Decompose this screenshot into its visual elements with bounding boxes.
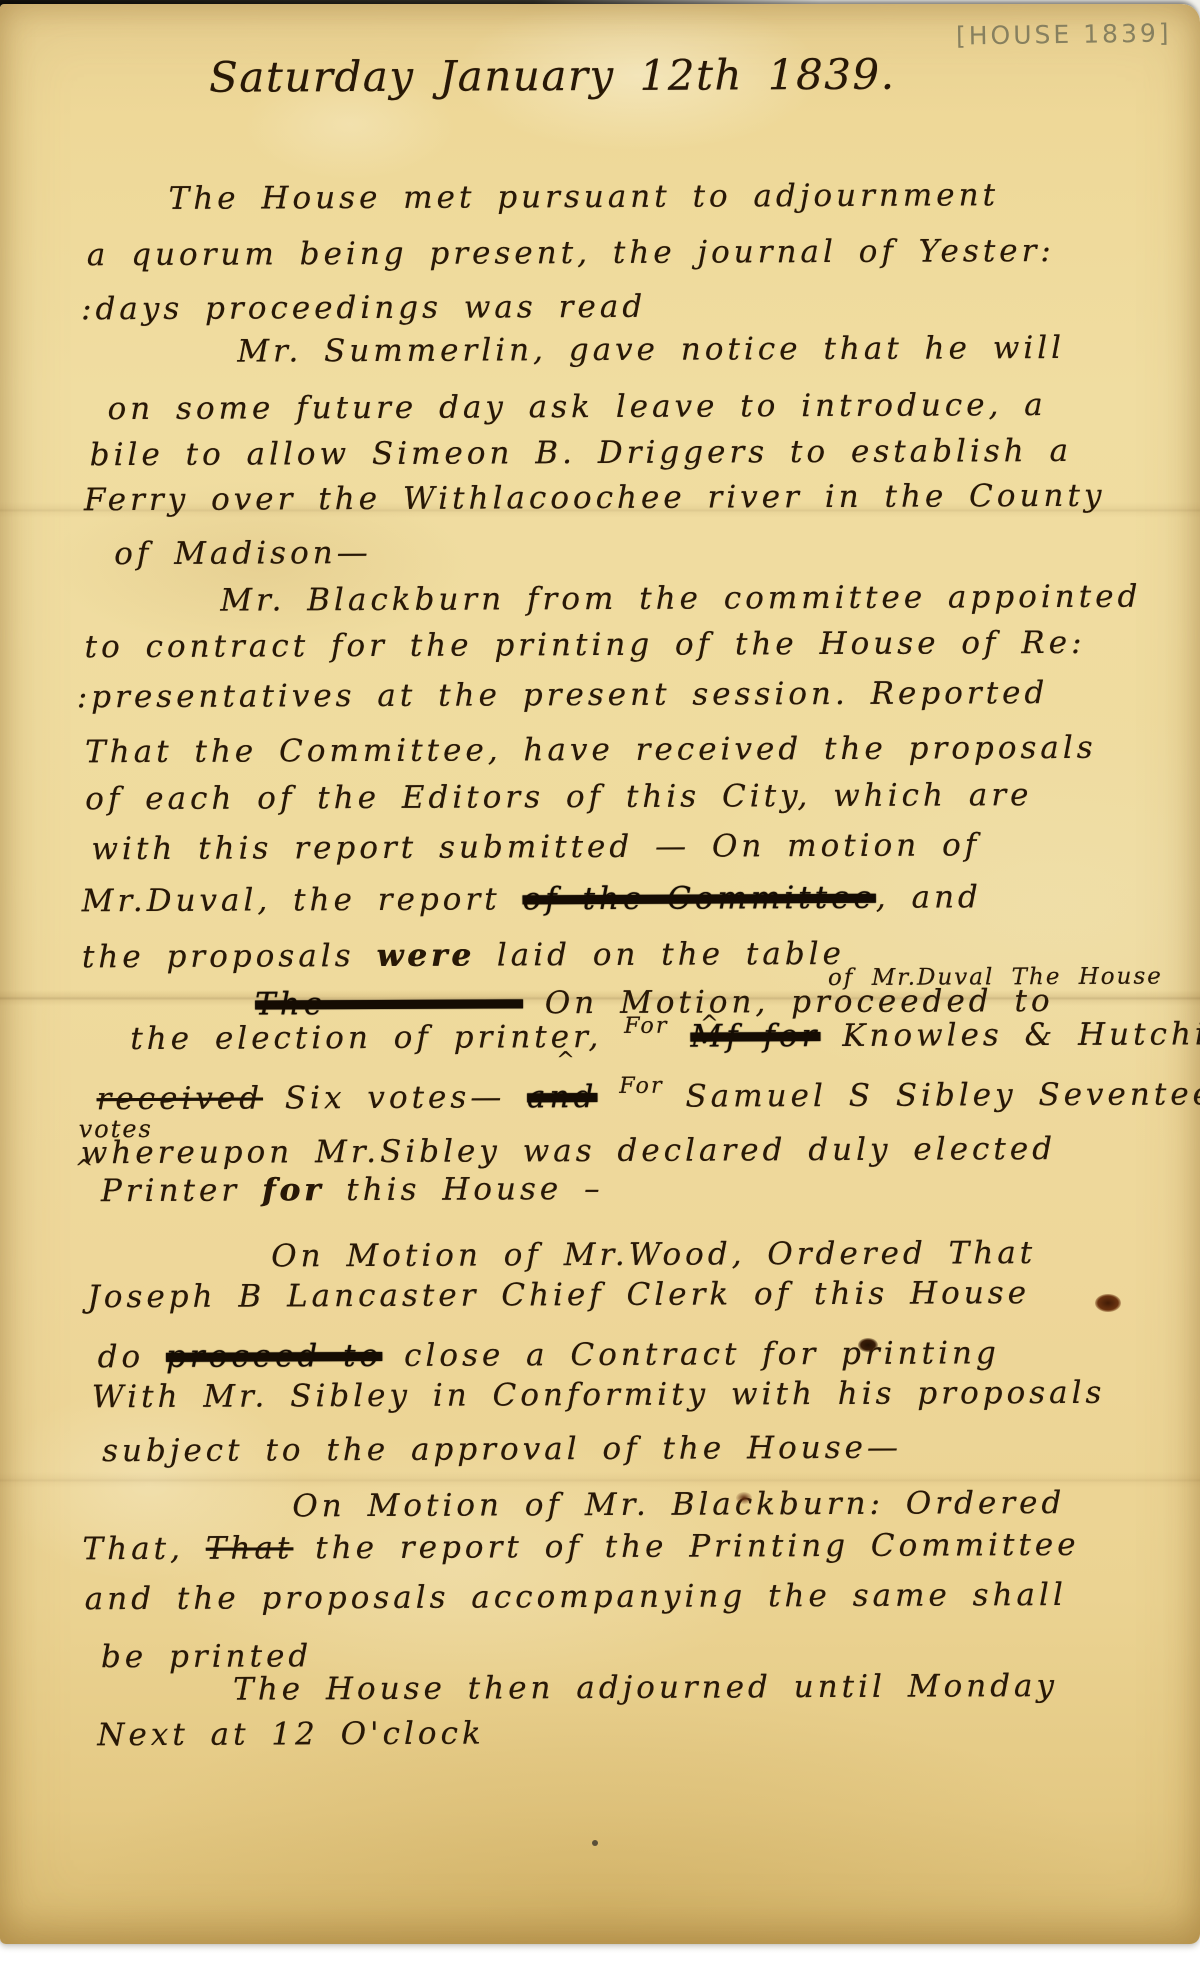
handwritten-text: Mr. Blackburn from the committee appoint… [220, 579, 1141, 619]
handwritten-text: That the Committee, have received the pr… [85, 730, 1097, 770]
handwritten-text: whereupon Mr.Sibley was declared duly el… [81, 1131, 1056, 1171]
handwritten-text: subject to the approval of the House— [102, 1430, 902, 1469]
inserted-text: For [624, 1013, 668, 1039]
manuscript-line: On Motion of Mr.Wood, Ordered That [271, 1236, 1036, 1275]
handwritten-text: the report of the Printing Committee [293, 1527, 1079, 1566]
manuscript-line: of each of the Editors of this City, whi… [85, 778, 1032, 818]
manuscript-line: the election of printer, For Mf for Know… [130, 1017, 1200, 1058]
manuscript-line: :presentatives at the present session. R… [77, 676, 1049, 716]
handwritten-text: Mr.Duval, the report [82, 881, 523, 919]
manuscript-line: Mr.Duval, the report of the Committee, a… [82, 880, 982, 920]
handwritten-text: , and [876, 879, 982, 915]
manuscript-line: Ferry over the Withlacoochee river in th… [84, 479, 1106, 519]
struck-text: That [206, 1530, 294, 1566]
struck-text: The ————— [255, 985, 523, 1022]
handwritten-text: On Motion, proceeded to [545, 983, 1054, 1021]
handwritten-text: be printed [101, 1638, 312, 1675]
ink-blot [858, 1338, 878, 1352]
ink-blot [736, 1492, 752, 1504]
handwritten-text: Knowles & Hutchins [820, 1016, 1200, 1054]
page-title: Saturday January 12th 1839. [209, 51, 896, 102]
struck-text: received [96, 1080, 263, 1117]
handwritten-text: That, [82, 1531, 205, 1568]
handwritten-text: were [376, 938, 475, 974]
manuscript-line: subject to the approval of the House— [102, 1431, 902, 1470]
handwritten-text: laid on the table [475, 936, 845, 974]
handwritten-text: with this report submitted — On motion o… [91, 827, 980, 867]
manuscript-line: On Motion of Mr. Blackburn: Ordered [292, 1486, 1065, 1525]
handwritten-text: On Motion of Mr. Blackburn: Ordered [292, 1485, 1065, 1524]
handwritten-text: Next at 12 O'clock [97, 1716, 485, 1754]
handwritten-text: On Motion of Mr.Wood, Ordered That [271, 1235, 1036, 1274]
manuscript-line: That the Committee, have received the pr… [85, 731, 1097, 771]
handwritten-text: Mr. Summerlin, gave notice that he will [237, 330, 1065, 370]
struck-text: proceed to [166, 1338, 382, 1375]
handwritten-text: Joseph B Lancaster Chief Clerk of this H… [87, 1275, 1030, 1315]
handwritten-text: The House then adjourned until Monday [233, 1668, 1058, 1708]
handwritten-text [668, 1019, 690, 1055]
handwritten-text: :days proceedings was read [81, 289, 646, 327]
manuscript-line: ^ [556, 1048, 579, 1073]
manuscript-line: on some future day ask leave to introduc… [107, 388, 1046, 428]
scanned-document: [HOUSE 1839] Saturday January 12th 1839.… [0, 0, 1200, 1974]
manuscript-line: Next at 12 O'clock [97, 1717, 485, 1754]
handwritten-text: to contract for the printing of the Hous… [84, 625, 1085, 665]
manuscript-line: That, That the report of the Printing Co… [82, 1528, 1079, 1568]
handwritten-text [523, 985, 545, 1021]
struck-text: Mf for [690, 1018, 820, 1055]
handwritten-text: the proposals [82, 938, 377, 975]
manuscript-line: received Six votes— and For Samuel S Sib… [96, 1077, 1200, 1118]
manuscript-text-layer: Saturday January 12th 1839.The House met… [0, 1, 1200, 1946]
manuscript-line: to contract for the printing of the Hous… [84, 626, 1085, 666]
handwritten-text: on some future day ask leave to introduc… [107, 387, 1046, 427]
manuscript-line: of Madison— [114, 536, 372, 573]
handwritten-text: :presentatives at the present session. R… [77, 675, 1049, 715]
handwritten-text: close a Contract for printing [382, 1335, 1000, 1374]
manuscript-line: with this report submitted — On motion o… [91, 828, 980, 868]
handwritten-text: and the proposals accompanying the same … [85, 1577, 1067, 1617]
manuscript-line: Mr. Blackburn from the committee appoint… [220, 580, 1141, 620]
handwritten-text: of Madison— [114, 535, 372, 572]
manuscript-line: bile to allow Simeon B. Driggers to esta… [90, 434, 1072, 474]
handwritten-text: With Mr. Sibley in Conformity with his p… [92, 1375, 1106, 1415]
handwritten-text [597, 1079, 619, 1115]
manuscript-line: Joseph B Lancaster Chief Clerk of this H… [87, 1276, 1030, 1316]
struck-text: and [527, 1079, 597, 1115]
struck-text: of the Committee [522, 880, 875, 918]
manuscript-line: Printer for this House – [101, 1172, 604, 1210]
handwritten-text: ^ [556, 1048, 579, 1073]
handwritten-text: Ferry over the Withlacoochee river in th… [84, 478, 1106, 518]
inserted-text: For [619, 1073, 663, 1099]
ink-blot [592, 1840, 598, 1846]
manuscript-line: a quorum being present, the journal of Y… [87, 234, 1055, 274]
handwritten-text: of each of the Editors of this City, whi… [85, 777, 1032, 817]
handwritten-text: for [262, 1172, 325, 1208]
manuscript-line: With Mr. Sibley in Conformity with his p… [92, 1376, 1106, 1416]
manuscript-line: whereupon Mr.Sibley was declared duly el… [81, 1132, 1056, 1172]
manuscript-line: be printed [101, 1639, 312, 1676]
manuscript-page: [HOUSE 1839] Saturday January 12th 1839.… [0, 4, 1200, 1944]
manuscript-line: The House then adjourned until Monday [233, 1669, 1058, 1708]
ink-blot [1095, 1294, 1121, 1312]
handwritten-text: Printer [101, 1172, 262, 1209]
handwritten-text: Samuel S Sibley Seventeen [664, 1076, 1200, 1115]
handwritten-text: Saturday January 12th 1839. [209, 50, 896, 102]
manuscript-line: The House met pursuant to adjournment [169, 178, 1000, 217]
manuscript-line: :days proceedings was read [81, 290, 646, 328]
handwritten-text: The House met pursuant to adjournment [169, 177, 1000, 217]
handwritten-text: Six votes— [263, 1079, 527, 1116]
handwritten-text: this House – [324, 1171, 603, 1208]
manuscript-line: the proposals were laid on the table [82, 937, 845, 976]
handwritten-text: bile to allow Simeon B. Driggers to esta… [90, 433, 1072, 473]
manuscript-line: Mr. Summerlin, gave notice that he will [237, 331, 1065, 370]
handwritten-text: a quorum being present, the journal of Y… [87, 233, 1055, 273]
manuscript-line: and the proposals accompanying the same … [85, 1578, 1067, 1618]
handwritten-text: the election of printer, [130, 1019, 624, 1057]
handwritten-text: do [98, 1339, 167, 1375]
